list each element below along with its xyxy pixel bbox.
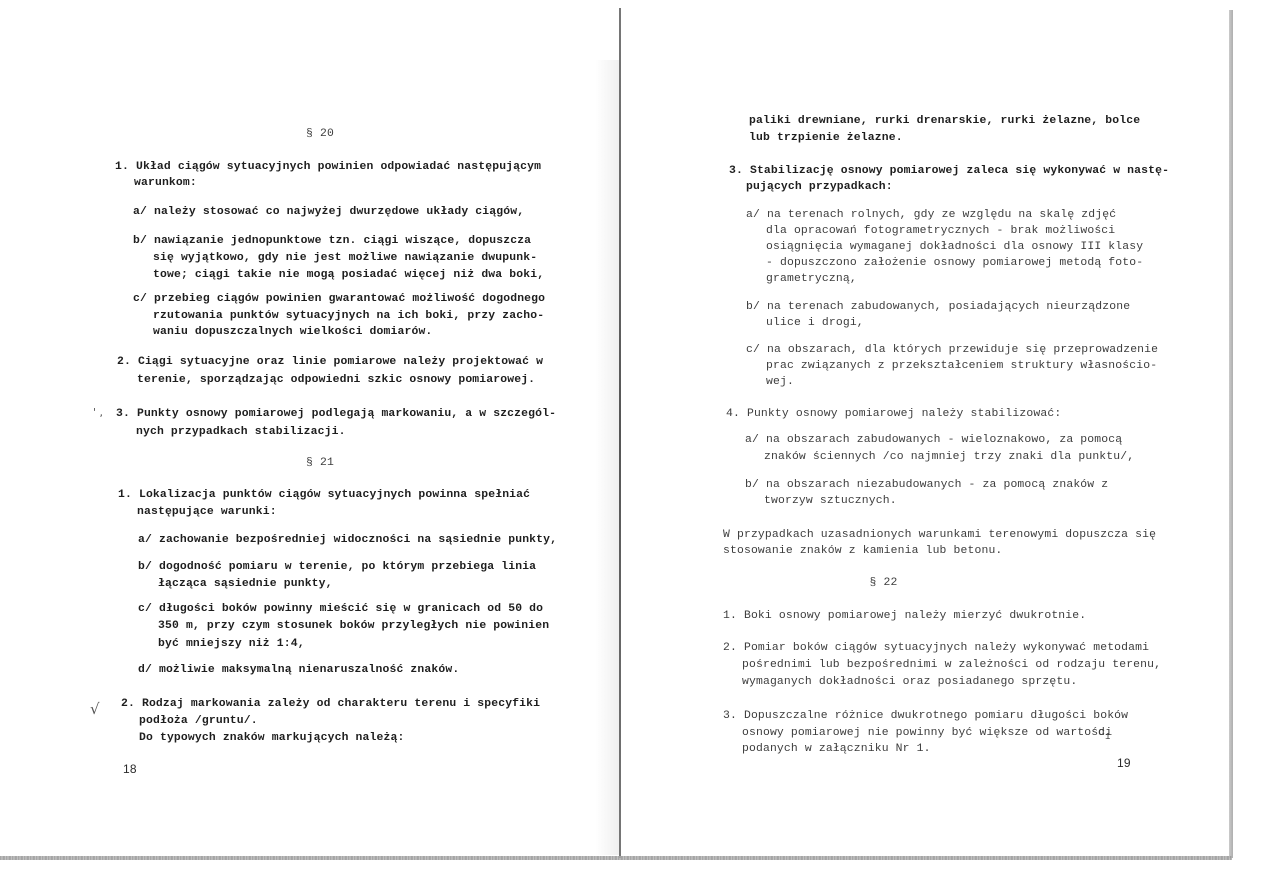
s20-item1-a: a/ należy stosować co najwyżej dwurzędow… [133,205,524,219]
s22-item1: 1. Boki osnowy pomiarowej należy mierzyć… [723,609,1086,623]
book-spread: § 20 1. Układ ciągów sytuacyjnych powini… [0,0,1263,893]
s20-item1-c-line1: c/ przebieg ciągów powinien gwarantować … [133,292,545,306]
item3-b-line2: ulice i drogi, [766,316,864,330]
s21-item1-b-line1: b/ dogodność pomiaru w terenie, po który… [138,560,536,574]
checkmark-icon: √ [90,700,100,718]
s22-item3-line3: podanych w załączniku Nr 1. [742,742,931,756]
s21-item1-c-line2: 350 m, przy czym stosunek boków przyległ… [158,619,549,633]
page-number-left: 18 [123,762,137,776]
s20-item3-line2: nych przypadkach stabilizacji. [136,425,346,439]
item3-c-line1: c/ na obszarach, dla których przewiduje … [746,343,1158,357]
center-fold [619,8,621,858]
item3-line2: pujących przypadkach: [746,180,893,194]
note-line1: W przypadkach uzasadnionych warunkami te… [723,528,1156,542]
s20-item1-b-line3: towe; ciągi takie nie mogą posiadać więc… [153,268,544,282]
right-page: paliki drewniane, rurki drenarskie, rurk… [620,0,1232,858]
d-variable: d [1098,727,1105,739]
s20-item1-b-line1: b/ nawiązanie jednopunktowe tzn. ciągi w… [133,234,531,248]
note-line2: stosowanie znaków z kamienia lub betonu. [723,544,1002,558]
s22-item2-line1: 2. Pomiar boków ciągów sytuacyjnych nale… [723,641,1149,655]
s21-item1-b-line2: łącząca sąsiednie punkty, [158,577,333,591]
s20-item1-line1: 1. Układ ciągów sytuacyjnych powinien od… [115,160,541,174]
page-edge-bottom [0,856,1232,860]
item4-b-line1: b/ na obszarach niezabudowanych - za pom… [745,478,1108,492]
s21-item2-line2: podłoża /gruntu/. [139,714,258,728]
s22-item3-line2: osnowy pomiarowej nie powinny być większ… [742,726,1112,740]
s21-item2-line3: Do typowych znaków markujących należą: [139,731,404,745]
item4-b-line2: tworzyw sztucznych. [764,494,897,508]
page-number-right: 19 [1117,756,1131,770]
s21-item1-line1: 1. Lokalizacja punktów ciągów sytuacyjny… [118,488,530,502]
s21-item1-c-line1: c/ długości boków powinny mieścić się w … [138,602,543,616]
s21-item2-line1: 2. Rodzaj markowania zależy od charakter… [121,697,540,711]
item4-line1: 4. Punkty osnowy pomiarowej należy stabi… [726,407,1061,421]
s22-item2-line2: pośrednimi lub bezpośrednimi w zależnośc… [742,658,1161,672]
margin-mark: ' , [93,406,103,419]
item4-a-line2: znaków ściennych /co najmniej trzy znaki… [764,450,1134,464]
item3-a-line4: - dopuszczono założenie osnowy pomiarowe… [766,256,1143,270]
s20-item2-line1: 2. Ciągi sytuacyjne oraz linie pomiarowe… [117,355,543,369]
s21-item1-a: a/ zachowanie bezpośredniej widoczności … [138,533,557,547]
item3-c-line3: wej. [766,375,794,389]
item3-a-line1: a/ na terenach rolnych, gdy ze względu n… [746,208,1116,222]
section-21-heading: § 21 [0,456,640,470]
item4-a-line1: a/ na obszarach zabudowanych - wieloznak… [745,433,1122,447]
fold-shadow [595,60,619,855]
section-22-heading: § 22 [620,576,1147,590]
cont-line2: lub trzpienie żelazne. [749,131,903,145]
s20-item3-line1: 3. Punkty osnowy pomiarowej podlegają ma… [116,407,556,421]
item3-line1: 3. Stabilizację osnowy pomiarowej zaleca… [729,164,1169,178]
s20-item1-c-line3: waniu dopuszczalnych wielkości domiarów. [153,325,432,339]
s20-item1-c-line2: rzutowania punktów sytuacyjnych na ich b… [153,309,544,323]
s20-item2-line2: terenie, sporządzając odpowiedni szkic o… [137,373,535,387]
item3-a-line2: dla opracowań fotogrametrycznych - brak … [766,224,1115,238]
section-20-heading: § 20 [0,127,640,141]
s22-item3-line1: 3. Dopuszczalne różnice dwukrotnego pomi… [723,709,1128,723]
s20-item1-line2: warunkom: [134,176,197,190]
s22-item2-line3: wymaganych dokładności oraz posiadanego … [742,675,1077,689]
cont-line1: paliki drewniane, rurki drenarskie, rurk… [749,114,1140,128]
item3-c-line2: prac związanych z przekształceniem struk… [766,359,1157,373]
s21-item1-d: d/ możliwie maksymalną nienaruszalność z… [138,663,459,677]
item3-b-line1: b/ na terenach zabudowanych, posiadający… [746,300,1130,314]
s20-item1-b-line2: się wyjątkowo, gdy nie jest możliwe nawi… [153,251,537,265]
page-edge-right [1229,10,1233,858]
d-subscript: 1 [1105,732,1111,742]
d1-symbol: d1 [1098,726,1111,744]
item3-a-line5: grametryczną, [766,272,857,286]
s21-item1-c-line3: być mniejszy niż 1:4, [158,637,305,651]
s21-item1-line2: następujące warunki: [137,505,277,519]
left-page: § 20 1. Układ ciągów sytuacyjnych powini… [0,0,620,858]
item3-a-line3: osiągnięcia wymaganej dokładności dla os… [766,240,1143,254]
